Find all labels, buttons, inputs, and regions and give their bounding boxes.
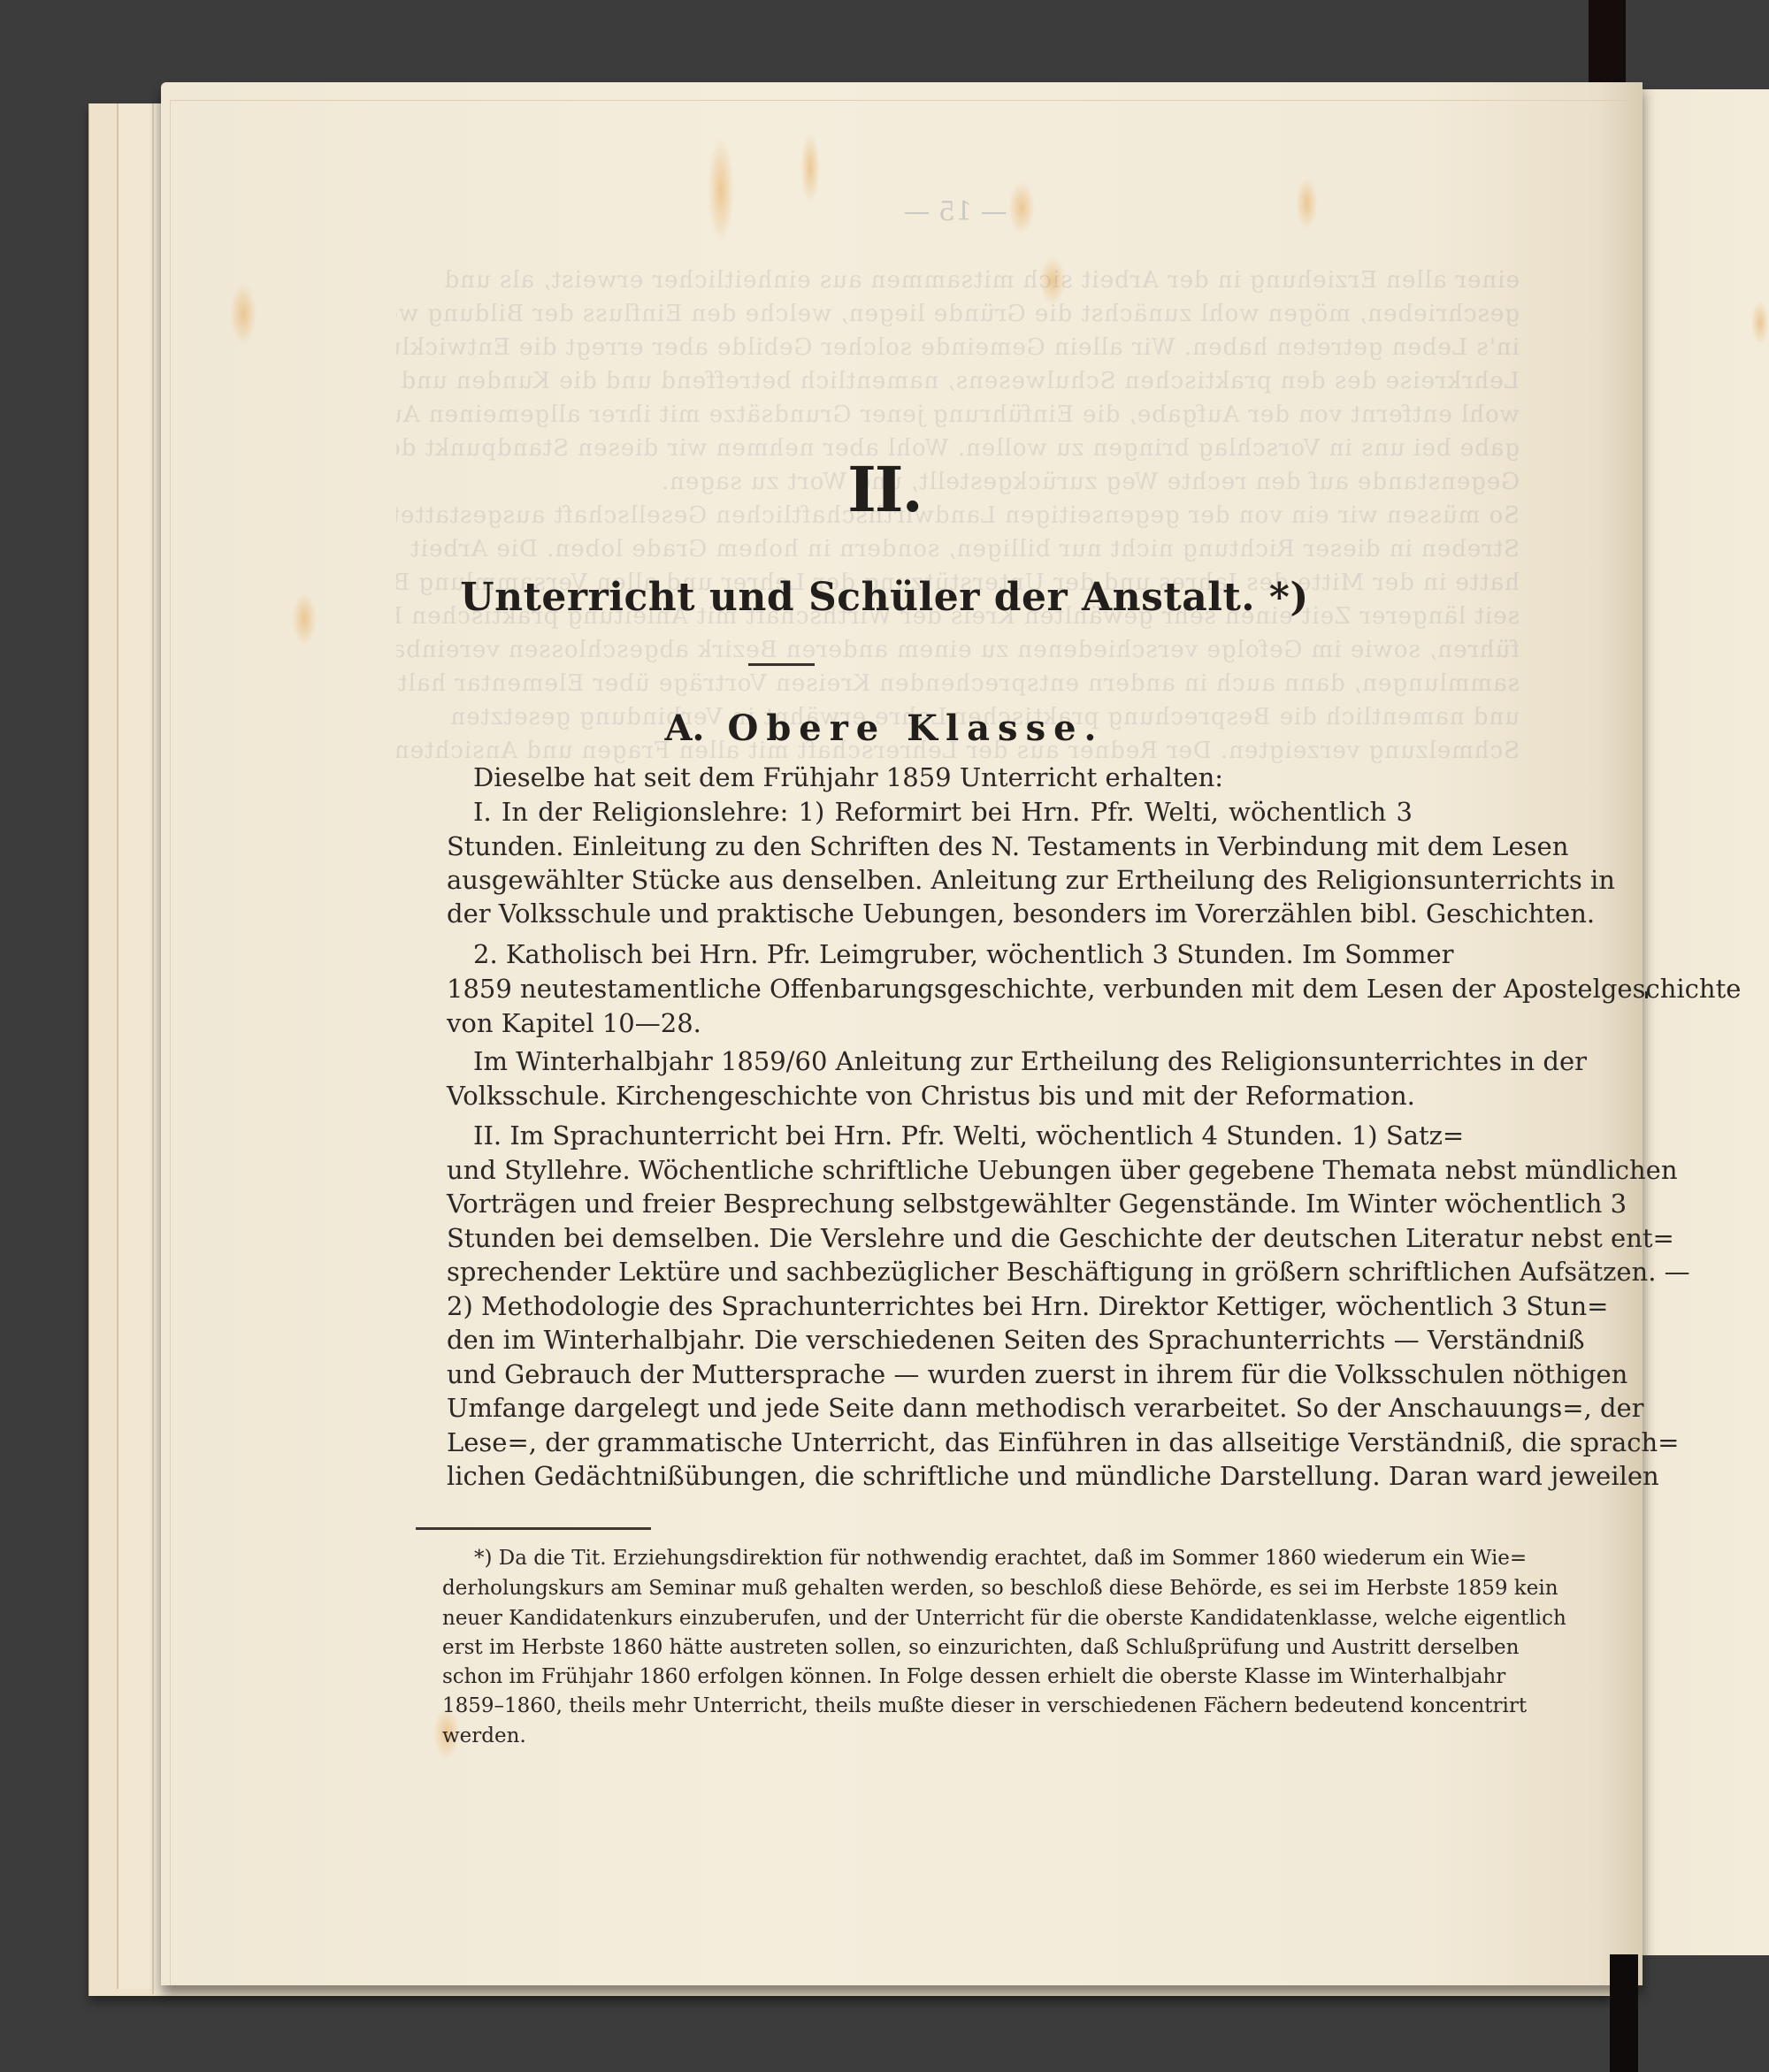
bleedthrough-line: führen, sowie im Gefolge verschiedenen z…: [396, 637, 1520, 663]
body-line: Umfange dargelegt und jede Seite dann me…: [447, 1391, 1413, 1425]
body-line: Vorträgen und freier Besprechung selbstg…: [447, 1187, 1413, 1220]
body-line: und Gebrauch der Muttersprache — wurden …: [447, 1357, 1413, 1391]
scan-scene: — 15 — einer allen Erziehung in der Arbe…: [0, 0, 1769, 2072]
body-line: Im Winterhalbjahr 1859/60 Anleitung zur …: [447, 1044, 1413, 1078]
body-line: von Kapitel 10—28.: [447, 1006, 1413, 1040]
chapter-numeral: II.: [0, 453, 1769, 526]
bleedthrough-line: in's Leben getreten haben. Wir allein Ge…: [396, 334, 1520, 361]
bleedthrough-line: einer allen Erziehung in der Arbeit sich…: [396, 267, 1520, 294]
footnote-line: schon im Frühjahr 1860 erfolgen können. …: [442, 1663, 1417, 1691]
page-fold-vline: [170, 100, 171, 1985]
footnote-line: *) Da die Tit. Erziehungsdirektion für n…: [442, 1544, 1417, 1572]
body-line: II. Im Sprachunterricht bei Hrn. Pfr. We…: [447, 1119, 1413, 1152]
footnote-line: erst im Herbste 1860 hätte austreten sol…: [442, 1633, 1417, 1662]
title-rule: [748, 663, 815, 666]
body-line: I. In der Religionslehre: 1) Reformirt b…: [447, 795, 1413, 829]
page-fold-line: [170, 100, 1643, 101]
binding-band-top: [1589, 0, 1626, 85]
bleedthrough-line: geschrieben, mögen wohl zunächst die Grü…: [396, 301, 1520, 327]
body-line: Stunden. Einleitung zu den Schriften des…: [447, 830, 1413, 863]
bleedthrough-line: sammlungen, dann auch in andern entsprec…: [396, 670, 1520, 697]
body-line: Stunden bei demselben. Die Verslehre und…: [447, 1221, 1413, 1255]
body-line: Lese=, der grammatische Unterricht, das …: [447, 1426, 1413, 1459]
body-line: und Styllehre. Wöchentliche schriftliche…: [447, 1153, 1413, 1187]
body-line: lichen Gedächtnißübungen, die schriftlic…: [447, 1459, 1413, 1493]
footnote-line: 1859–1860, theils mehr Unterricht, theil…: [442, 1692, 1417, 1720]
bleedthrough-line: Streben in dieser Richtung nicht nur bil…: [396, 536, 1520, 562]
footnote-line: neuer Kandidatenkurs einzuberufen, und d…: [442, 1604, 1417, 1632]
foxing-stain: [1751, 301, 1769, 345]
body-line: 1859 neutestamentliche Offenbarungsgesch…: [447, 972, 1413, 1005]
page-number-bleedthrough: — 15 —: [849, 196, 1061, 227]
section-letter: A.: [665, 707, 705, 749]
foxing-stain: [1296, 177, 1318, 230]
section-heading: A.Obere Klasse.: [0, 707, 1769, 749]
binding-band-bottom: [1610, 1954, 1638, 2072]
body-line: Volksschule. Kirchengeschichte von Chris…: [447, 1079, 1413, 1112]
footnote-rule: [416, 1527, 651, 1530]
body-line: der Volksschule und praktische Uebungen,…: [447, 897, 1413, 930]
chapter-title: Unterricht und Schüler der Anstalt. *): [0, 575, 1769, 620]
body-line: ausgewählter Stücke aus denselben. Anlei…: [447, 863, 1413, 897]
footnote-line: werden.: [442, 1722, 1417, 1750]
bleedthrough-line: wohl entfernt von der Aufgabe, die Einfü…: [396, 401, 1520, 428]
footnote-line: derholungskurs am Seminar muß gehalten w…: [442, 1574, 1417, 1602]
body-line: den im Winterhalbjahr. Die verschiedenen…: [447, 1323, 1413, 1357]
foxing-stain: [230, 283, 257, 345]
body-line: 2) Methodologie des Sprachunterrichtes b…: [447, 1289, 1413, 1323]
body-line: sprechender Lektüre und sachbezüglicher …: [447, 1255, 1413, 1288]
foxing-stain: [708, 137, 734, 243]
body-line: 2. Katholisch bei Hrn. Pfr. Leimgruber, …: [447, 937, 1413, 971]
body-line: Dieselbe hat seit dem Frühjahr 1859 Unte…: [447, 761, 1413, 794]
foxing-stain: [800, 133, 820, 203]
section-title: Obere Klasse.: [727, 707, 1104, 749]
bleedthrough-line: Lehrkreise des den praktischen Schulwese…: [396, 368, 1520, 394]
facing-page-right: [1632, 89, 1769, 1955]
